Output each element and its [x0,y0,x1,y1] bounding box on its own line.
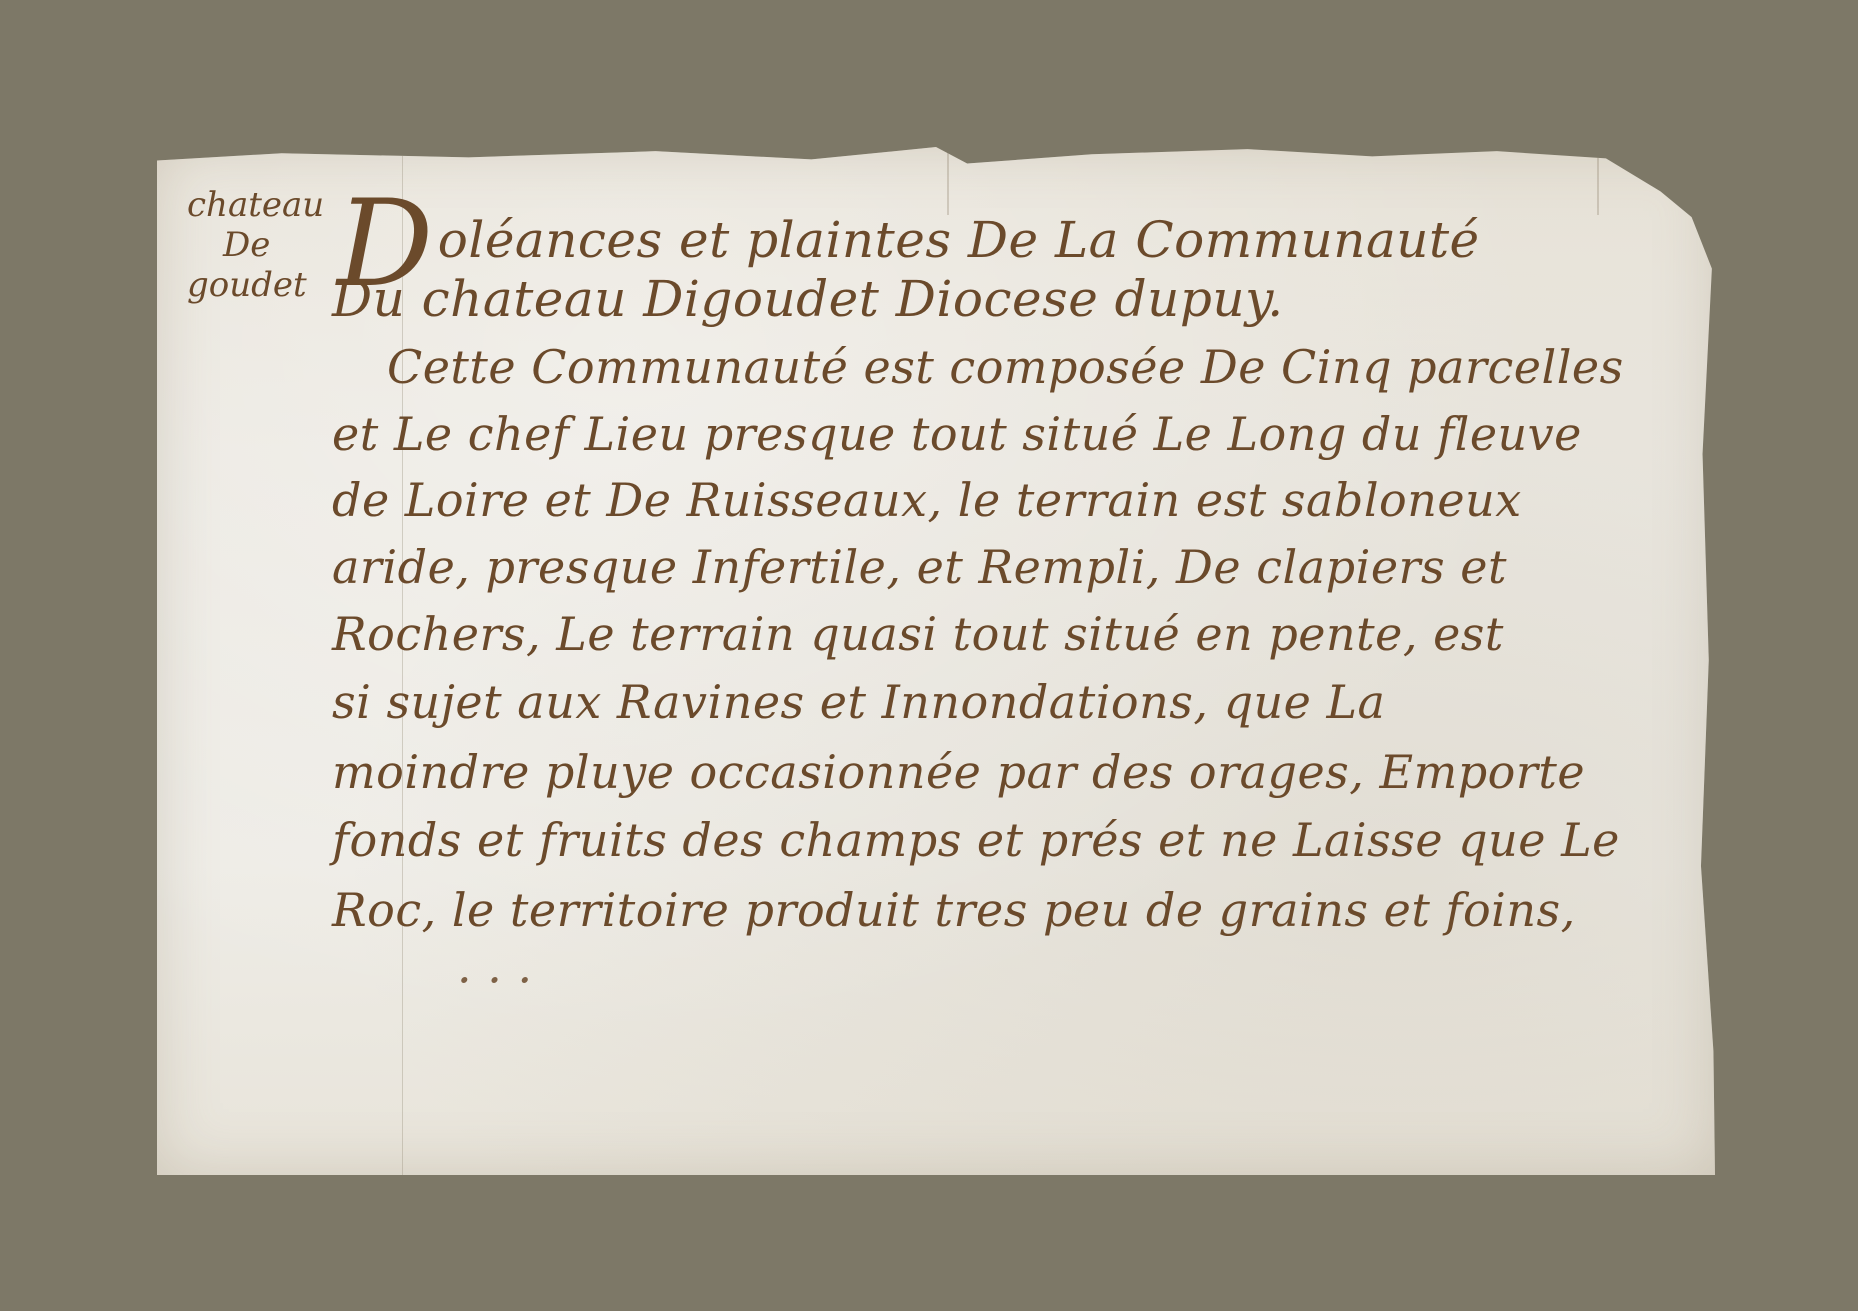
manuscript-page: chateau De goudet Doléances et plaintes … [157,145,1715,1175]
body-line: Roc, le territoire produit tres peu de g… [332,883,1576,937]
title-text: oléances et plaintes De La Communauté [438,211,1480,269]
paper-fold [1597,145,1599,215]
title-line-2: Du chateau Digoudet Diocese dupuy. [332,270,1284,328]
body-line: Cette Communauté est composée De Cinq pa… [387,340,1624,394]
margin-note-line: chateau [187,185,347,225]
body-line: aride, presque Infertile, et Rempli, De … [332,540,1507,594]
body-line: Rochers, Le terrain quasi tout situé en … [332,607,1504,661]
body-line: si sujet aux Ravines et Innondations, qu… [332,675,1385,729]
body-line: fonds et fruits des champs et prés et ne… [332,813,1620,867]
margin-note-line: goudet [187,265,347,305]
margin-note: chateau De goudet [187,185,347,305]
margin-note-line: De [187,225,347,265]
body-line: moindre pluye occasionnée par des orages… [332,745,1585,799]
body-line: et Le chef Lieu presque tout situé Le Lo… [332,407,1582,461]
body-line: de Loire et De Ruisseaux, le terrain est… [332,473,1522,527]
cutoff-line: · · · [457,953,533,1007]
